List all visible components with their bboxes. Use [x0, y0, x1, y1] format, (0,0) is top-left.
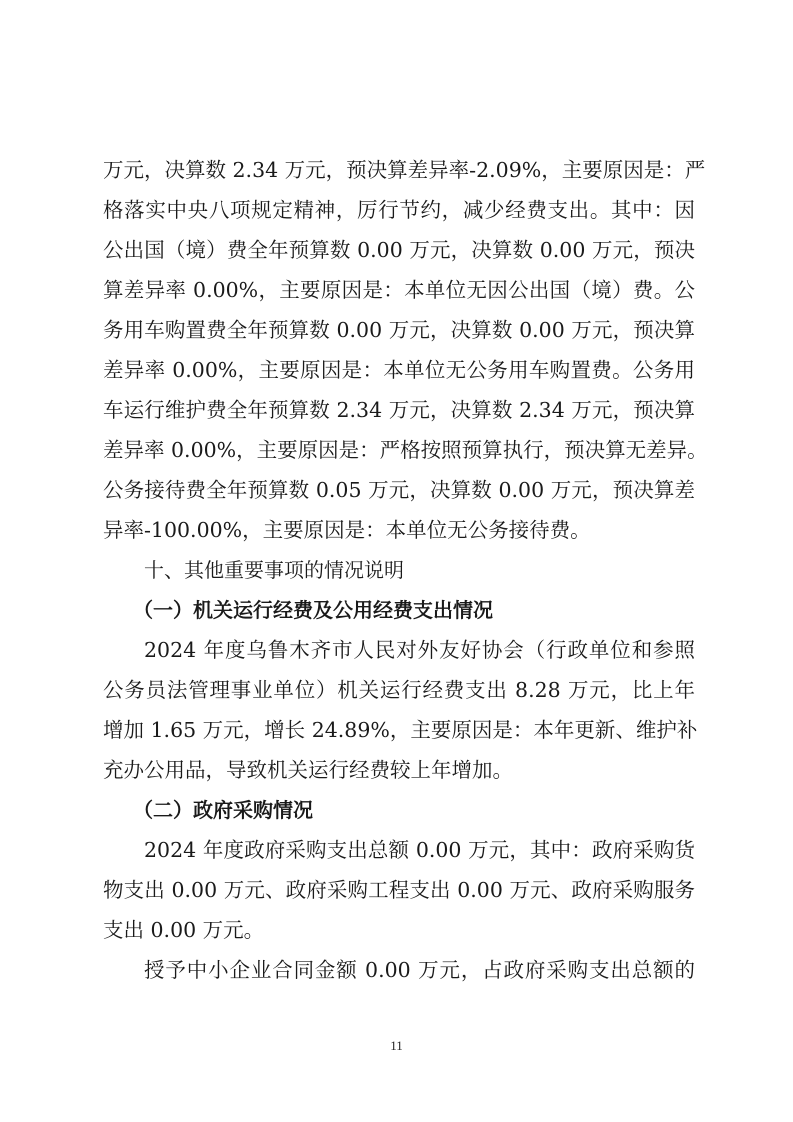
paragraph-sme-contracts: 授予中小企业合同金额 0.00 万元，占政府采购支出总额的	[103, 950, 695, 990]
text-line: 充办公用品，导致机关运行经费较上年增加。	[103, 750, 695, 790]
text-line: 格落实中央八项规定精神，厉行节约，减少经费支出。其中：因	[103, 190, 695, 230]
text-line: 差异率 0.00%，主要原因是：严格按照预算执行，预决算无差异。	[103, 430, 695, 470]
paragraph-procurement-total: 2024 年度政府采购支出总额 0.00 万元，其中：政府采购货 物支出 0.0…	[103, 830, 695, 950]
text-line: 支出 0.00 万元。	[103, 910, 695, 950]
text-line: 增加 1.65 万元，增长 24.89%，主要原因是：本年更新、维护补	[103, 710, 695, 750]
text-line: 车运行维护费全年预算数 2.34 万元，决算数 2.34 万元，预决算	[103, 390, 695, 430]
text-line: 公务接待费全年预算数 0.05 万元，决算数 0.00 万元，预决算差	[103, 470, 695, 510]
text-line: 2024 年度政府采购支出总额 0.00 万元，其中：政府采购货	[103, 830, 695, 870]
section-heading: 十、其他重要事项的情况说明	[103, 550, 695, 590]
text-line: 物支出 0.00 万元、政府采购工程支出 0.00 万元、政府采购服务	[103, 870, 695, 910]
subsection-heading-procurement: （二）政府采购情况	[103, 790, 695, 830]
text-line: 公务员法管理事业单位）机关运行经费支出 8.28 万元，比上年	[103, 670, 695, 710]
text-line: 务用车购置费全年预算数 0.00 万元，决算数 0.00 万元，预决算	[103, 310, 695, 350]
text-line: 授予中小企业合同金额 0.00 万元，占政府采购支出总额的	[103, 950, 695, 990]
text-line: 异率-100.00%，主要原因是：本单位无公务接待费。	[103, 510, 695, 550]
text-line: 2024 年度乌鲁木齐市人民对外友好协会（行政单位和参照	[103, 630, 695, 670]
document-page: 万元，决算数 2.34 万元，预决算差异率-2.09%，主要原因是：严 格落实中…	[103, 150, 695, 990]
text-line: 万元，决算数 2.34 万元，预决算差异率-2.09%，主要原因是：严	[103, 150, 695, 190]
text-line: 算差异率 0.00%，主要原因是：本单位无因公出国（境）费。公	[103, 270, 695, 310]
text-line: 差异率 0.00%，主要原因是：本单位无公务用车购置费。公务用	[103, 350, 695, 390]
paragraph-operating-expenses: 2024 年度乌鲁木齐市人民对外友好协会（行政单位和参照 公务员法管理事业单位）…	[103, 630, 695, 790]
subsection-heading-operating-expenses: （一）机关运行经费及公用经费支出情况	[103, 590, 695, 630]
paragraph-fee-explanation: 万元，决算数 2.34 万元，预决算差异率-2.09%，主要原因是：严 格落实中…	[103, 150, 695, 550]
text-line: 公出国（境）费全年预算数 0.00 万元，决算数 0.00 万元，预决	[103, 230, 695, 270]
page-number: 11	[0, 1038, 793, 1054]
